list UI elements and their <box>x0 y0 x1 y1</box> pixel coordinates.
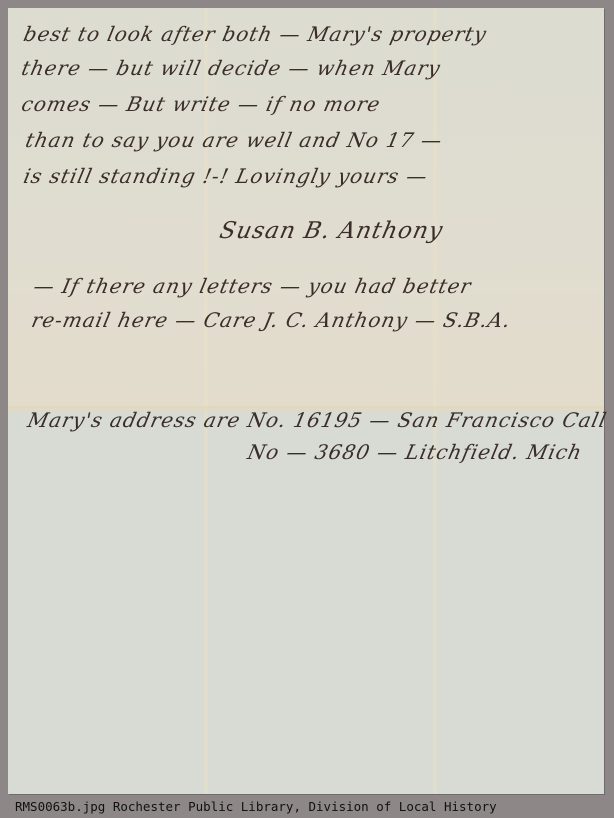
signature: Susan B. Anthony <box>217 218 445 244</box>
image-caption: RMS0063b.jpg Rochester Public Library, D… <box>15 799 497 814</box>
fold-line-vertical-right <box>432 8 438 794</box>
address-line-1: Mary's address are No. 16195 — San Franc… <box>25 408 609 432</box>
fold-line-vertical-left <box>203 8 209 794</box>
handwritten-line-3: comes — But write — if no more <box>19 92 383 116</box>
handwritten-line-5: is still standing !-! Lovingly yours — <box>21 164 430 188</box>
handwritten-line-1: best to look after both — Mary's propert… <box>21 22 489 46</box>
handwritten-line-4: than to say you are well and No 17 — <box>23 128 444 152</box>
postscript-line-1: — If there any letters — you had better <box>31 274 473 298</box>
address-line-2: No — 3680 — Litchfield. Mich <box>245 440 584 464</box>
postscript-line-2: re-mail here — Care J. C. Anthony — S.B.… <box>29 308 513 332</box>
letter-page: best to look after both — Mary's propert… <box>8 8 604 794</box>
handwritten-line-2: there — but will decide — when Mary <box>19 56 443 80</box>
